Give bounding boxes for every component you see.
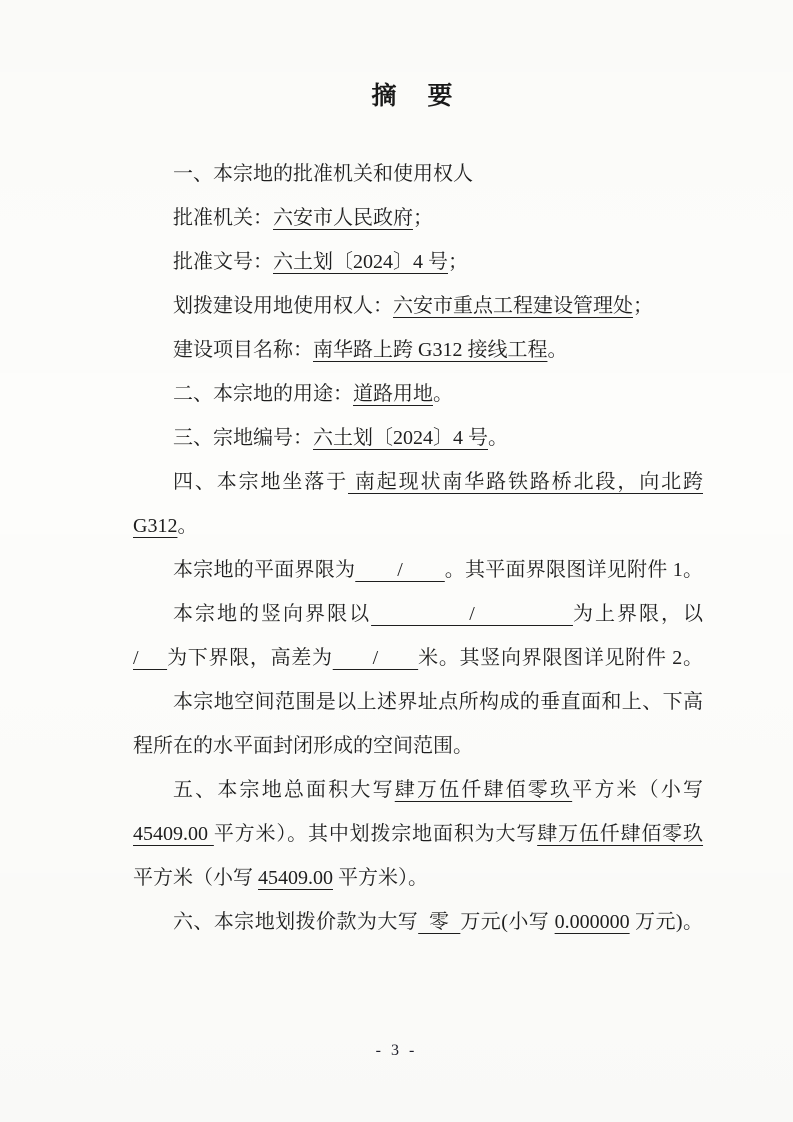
underlined-text-segment: G312 (133, 515, 177, 537)
para-vertical-boundary-line-1: 本宗地的竖向界限以 / 为上界限，以 (133, 592, 703, 636)
page-title: 摘 要 (133, 76, 703, 112)
underlined-text-segment: 0.000000 (555, 911, 630, 933)
para-location-line-1: 四、本宗地坐落于 南起现状南华路铁路桥北段，向北跨 (133, 460, 703, 504)
text-segment: 本宗地的竖向界限以 (173, 603, 371, 625)
text-segment: ； (413, 207, 433, 229)
text-segment: 五、本宗地总面积大写 (173, 779, 395, 801)
para-plane-boundary: 本宗地的平面界限为 / 。其平面界限图详见附件 1。 (133, 548, 703, 592)
text-segment: 四、本宗地坐落于 (173, 471, 348, 493)
text-segment: 。 (433, 383, 453, 405)
para-project-name: 建设项目名称：南华路上跨 G312 接线工程。 (133, 328, 703, 372)
underlined-text-segment: 肆万伍仟肆佰零玖 (537, 823, 703, 845)
underlined-text-segment: / (133, 647, 167, 669)
text-segment: 本宗地的平面界限为 (173, 559, 355, 581)
underlined-text-segment: 六安市人民政府 (273, 207, 413, 229)
document-body: 一、本宗地的批准机关和使用权人批准机关：六安市人民政府；批准文号：六土划〔202… (133, 152, 703, 944)
text-segment: 批准文号： (173, 251, 273, 273)
text-segment: 程所在的水平面封闭形成的空间范围。 (133, 735, 473, 757)
text-segment: 划拨建设用地使用权人： (173, 295, 393, 317)
text-segment: 六、本宗地划拨价款为大写 (173, 911, 418, 933)
text-segment: 一、本宗地的批准机关和使用权人 (173, 163, 473, 185)
underlined-text-segment: 六土划〔2024〕4 号 (313, 427, 488, 449)
text-segment: 。其平面界限图详见附件 1。 (445, 559, 703, 581)
para-location-line-2: G312。 (133, 504, 703, 548)
underlined-text-segment: / (333, 647, 418, 669)
underlined-text-segment: 45409.00 (258, 867, 333, 889)
para-total-area-line-1: 五、本宗地总面积大写肆万伍仟肆佰零玖平方米（小写 (133, 768, 703, 812)
text-segment: 批准机关： (173, 207, 273, 229)
underlined-text-segment: / (355, 559, 445, 581)
page-number: - 3 - (0, 1042, 793, 1060)
text-segment: 三、宗地编号： (173, 427, 313, 449)
text-segment: 本宗地空间范围是以上述界址点所构成的垂直面和上、下高 (173, 691, 703, 713)
underlined-text-segment: 道路用地 (353, 383, 433, 405)
para-approval-authority: 批准机关：六安市人民政府； (133, 196, 703, 240)
para-total-area-line-2: 45409.00 平方米）。其中划拨宗地面积为大写肆万伍仟肆佰零玖 (133, 812, 703, 856)
text-segment: 为下界限，高差为 (167, 647, 333, 669)
text-segment: 万元)。 (630, 911, 703, 933)
text-segment: 二、本宗地的用途： (173, 383, 353, 405)
document-page: 摘 要 一、本宗地的批准机关和使用权人批准机关：六安市人民政府；批准文号：六土划… (0, 0, 793, 1122)
text-segment: 为上界限，以 (573, 603, 703, 625)
text-segment: 。 (177, 515, 197, 537)
underlined-text-segment: 六土划〔2024〕4 号 (273, 251, 448, 273)
underlined-text-segment: 南华路上跨 G312 接线工程 (313, 339, 547, 361)
para-total-area-line-3: 平方米（小写 45409.00 平方米）。 (133, 856, 703, 900)
text-segment: 平方米（小写 (133, 867, 258, 889)
para-vertical-boundary-line-2: / 为下界限，高差为 / 米。其竖向界限图详见附件 2。 (133, 636, 703, 680)
underlined-text-segment: / (371, 603, 573, 625)
underlined-text-segment: 六安市重点工程建设管理处 (393, 295, 633, 317)
underlined-text-segment: 肆万伍仟肆佰零玖 (395, 779, 572, 801)
underlined-text-segment: 零 (418, 911, 460, 933)
text-segment: 平方米）。 (333, 867, 428, 889)
para-allocated-land-user: 划拨建设用地使用权人：六安市重点工程建设管理处； (133, 284, 703, 328)
para-land-use: 二、本宗地的用途：道路用地。 (133, 372, 703, 416)
text-segment: ； (448, 251, 468, 273)
text-segment: 。 (488, 427, 508, 449)
para-approval-doc-number: 批准文号：六土划〔2024〕4 号； (133, 240, 703, 284)
para-allocation-price: 六、本宗地划拨价款为大写 零 万元(小写 0.000000 万元)。 (133, 900, 703, 944)
para-approval-section-heading: 一、本宗地的批准机关和使用权人 (133, 152, 703, 196)
para-space-scope-line-1: 本宗地空间范围是以上述界址点所构成的垂直面和上、下高 (133, 680, 703, 724)
text-segment: 建设项目名称： (173, 339, 313, 361)
text-segment: 米。其竖向界限图详见附件 2。 (418, 647, 703, 669)
underlined-text-segment: 南起现状南华路铁路桥北段，向北跨 (348, 471, 703, 493)
text-segment: ； (633, 295, 653, 317)
text-segment: 平方米（小写 (572, 779, 703, 801)
text-segment: 万元(小写 (460, 911, 554, 933)
para-parcel-number: 三、宗地编号：六土划〔2024〕4 号。 (133, 416, 703, 460)
underlined-text-segment: 45409.00 (133, 823, 214, 845)
para-space-scope-line-2: 程所在的水平面封闭形成的空间范围。 (133, 724, 703, 768)
text-segment: 。 (547, 339, 567, 361)
text-segment: 平方米）。其中划拨宗地面积为大写 (214, 823, 537, 845)
